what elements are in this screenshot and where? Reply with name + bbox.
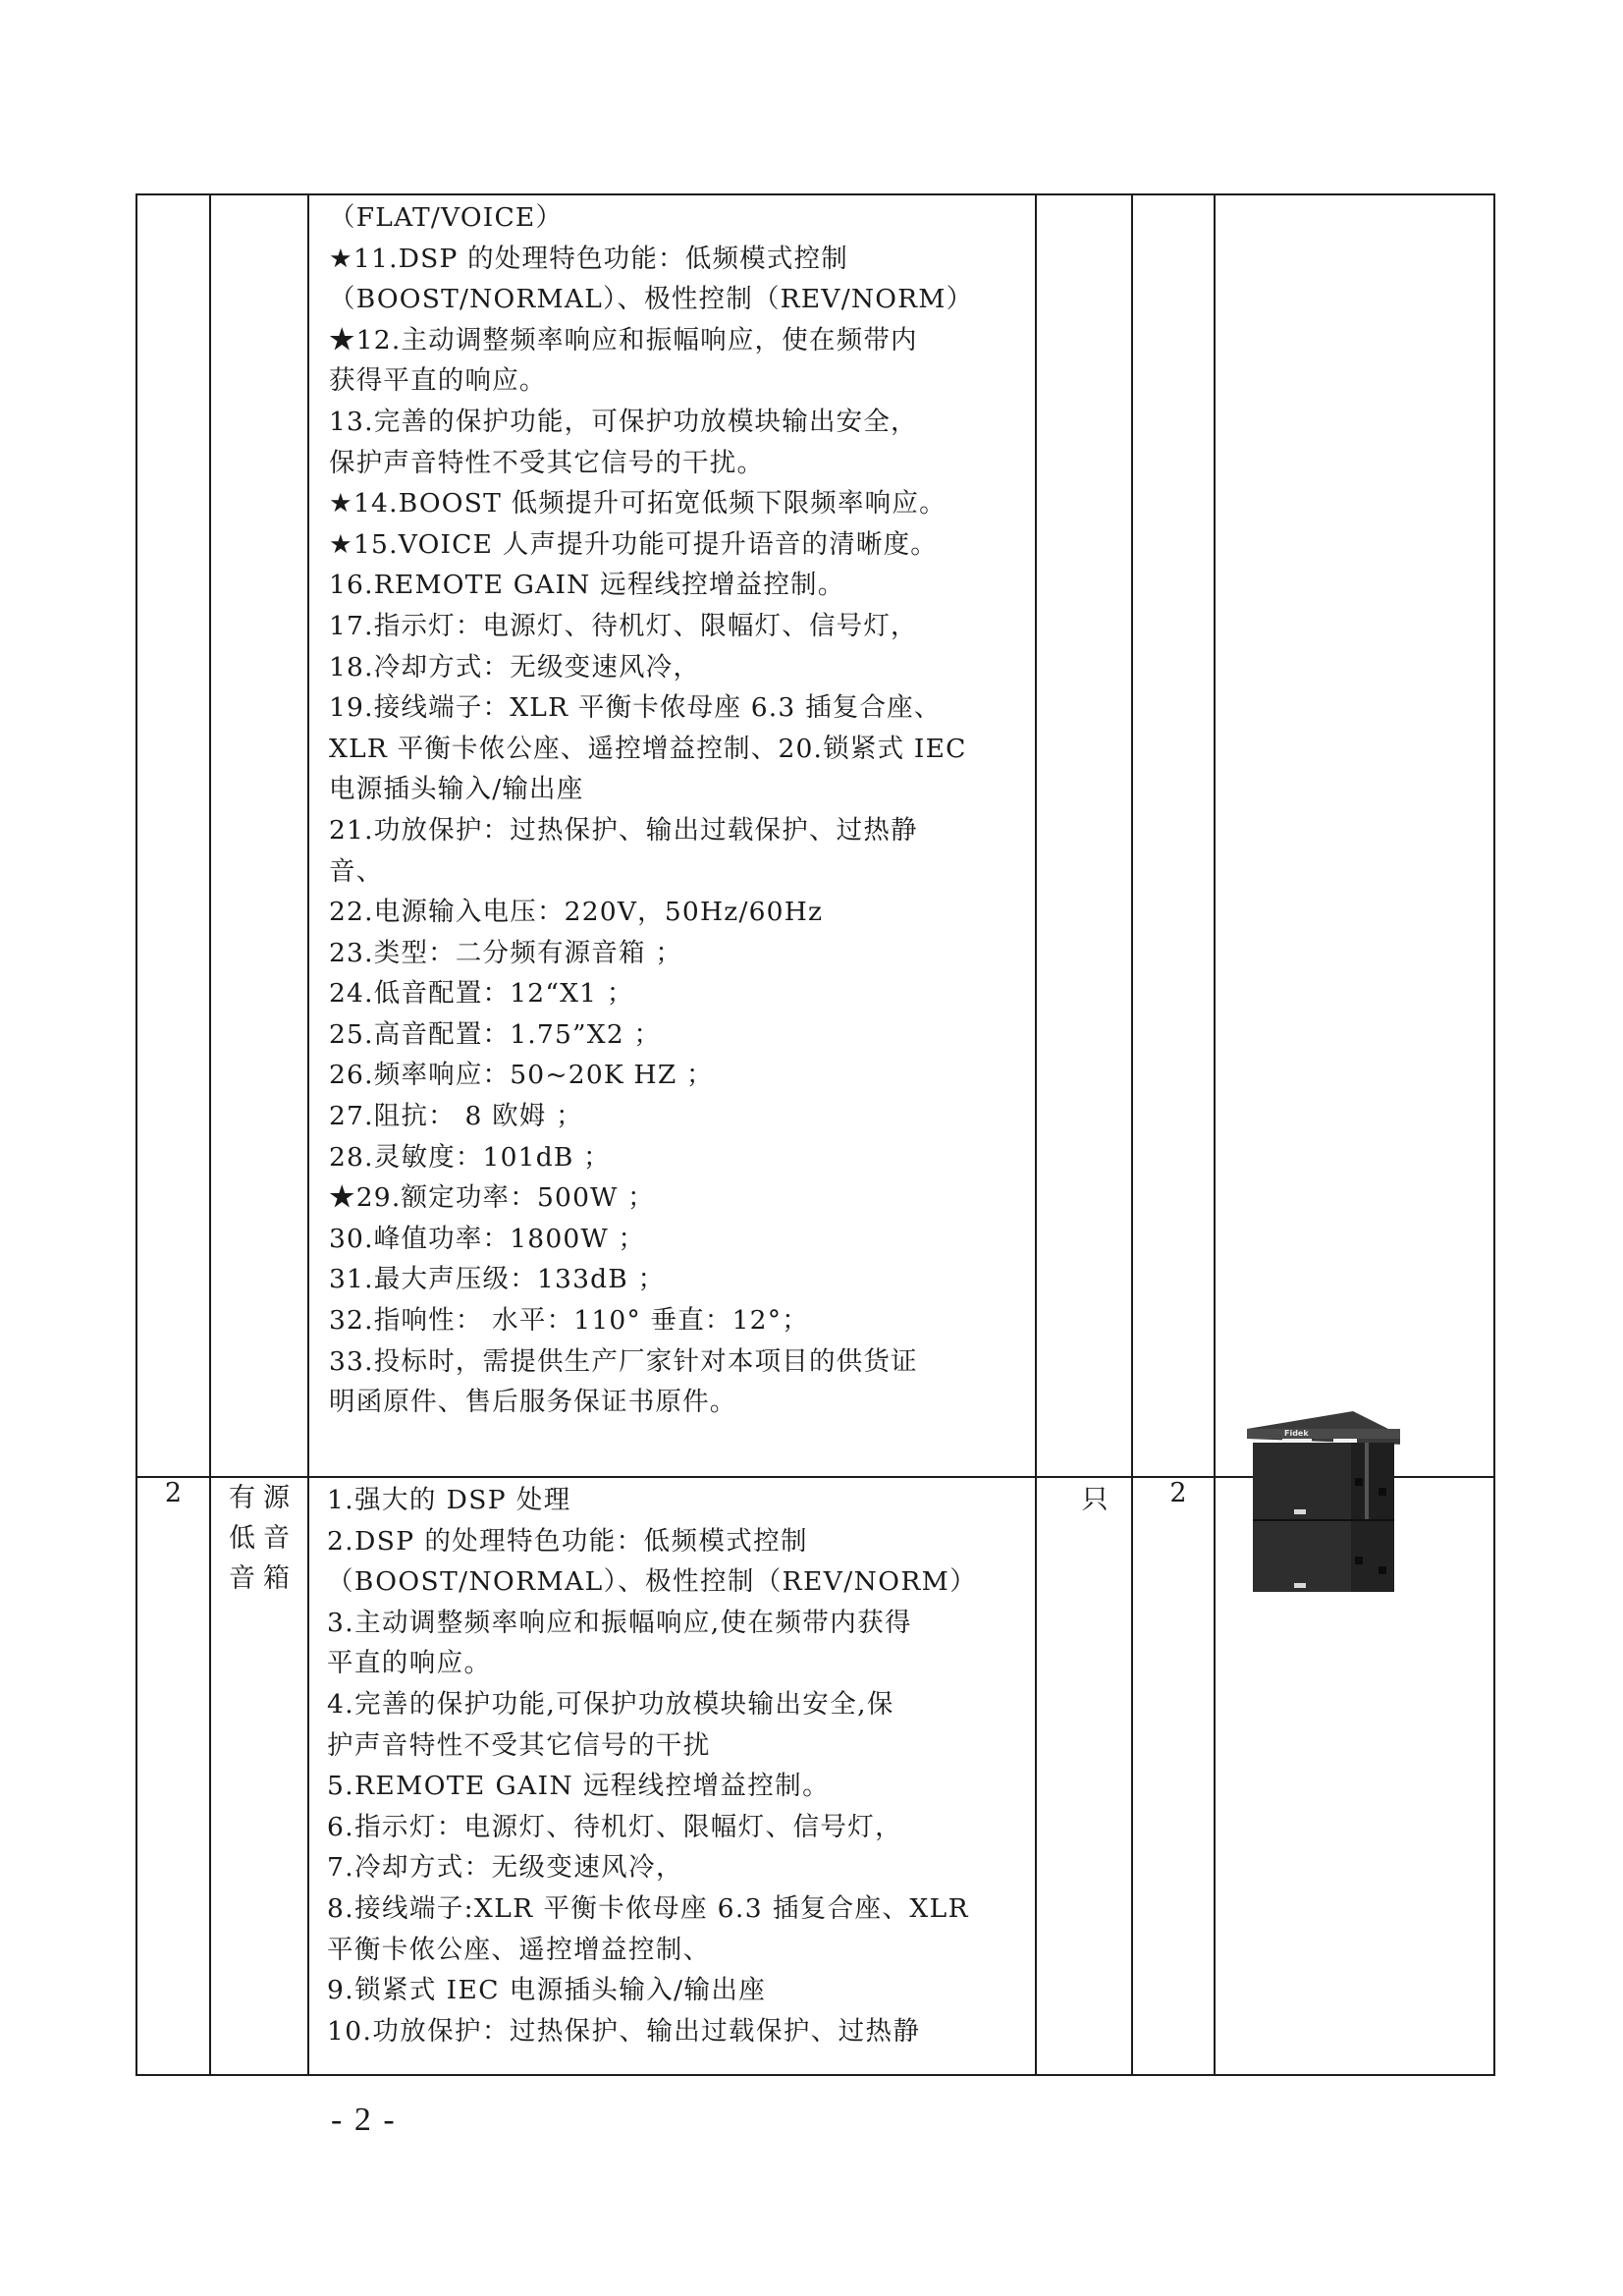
spec-line: 30.峰值功率：1800W ； bbox=[329, 1219, 1029, 1260]
image-cell bbox=[1215, 194, 1494, 1477]
spec-line: 平直的响应。 bbox=[327, 1643, 1029, 1684]
spec-line: ★15.VOICE 人声提升功能可提升语音的清晰度。 bbox=[329, 524, 1029, 566]
spec-line: 31.最大声压级：133dB ； bbox=[329, 1259, 1029, 1300]
spec-line: 13.完善的保护功能，可保护功放模块输出安全， bbox=[329, 402, 1029, 443]
unit-cell bbox=[1036, 194, 1132, 1477]
spec-line: 明函原件、售后服务保证书原件。 bbox=[329, 1382, 1029, 1423]
spec-line: 17.指示灯：电源灯、待机灯、限幅灯、信号灯， bbox=[329, 606, 1029, 647]
brand-label: Fidek bbox=[1284, 1429, 1309, 1438]
item-number-cell bbox=[136, 194, 210, 1477]
item-name-cell: 有源低音音箱 bbox=[210, 1477, 308, 2075]
spec-line: 16.REMOTE GAIN 远程线控增益控制。 bbox=[329, 565, 1029, 606]
spec-line: ★14.BOOST 低频提升可拓宽低频下限频率响应。 bbox=[329, 483, 1029, 524]
spec-cell: （FLAT/VOICE） ★11.DSP 的处理特色功能：低频模式控制 （BOO… bbox=[308, 194, 1036, 1477]
spec-cell: 1.强大的 DSP 处理 2.DSP 的处理特色功能：低频模式控制 （BOOST… bbox=[308, 1477, 1036, 2075]
spec-line: ★12.主动调整频率响应和振幅响应，使在频带内 bbox=[329, 320, 1029, 361]
spec-line: 25.高音配置：1.75”X2 ； bbox=[329, 1014, 1029, 1056]
item-name-cell bbox=[210, 194, 308, 1477]
item-number-cell: 2 bbox=[136, 1477, 210, 2075]
spec-line: 22.电源输入电压：220V，50Hz/60Hz bbox=[329, 892, 1029, 933]
spec-line: 护声音特性不受其它信号的干扰 bbox=[327, 1725, 1029, 1767]
spec-line: 1.强大的 DSP 处理 bbox=[327, 1480, 1029, 1521]
spec-line: 21.功放保护：过热保护、输出过载保护、过热静 bbox=[329, 810, 1029, 851]
spec-line: 32.指响性： 水平：110° 垂直：12°； bbox=[329, 1300, 1029, 1341]
quantity-cell bbox=[1132, 194, 1215, 1477]
spec-line: ★29.额定功率：500W ； bbox=[329, 1177, 1029, 1219]
spec-line: 19.接线端子：XLR 平衡卡侬母座 6.3 插复合座、 bbox=[329, 687, 1029, 729]
speaker-product-icon: Fidek bbox=[1245, 1409, 1400, 1592]
spec-line: 23.类型：二分频有源音箱 ； bbox=[329, 933, 1029, 974]
unit-cell: 只 bbox=[1036, 1477, 1132, 2075]
spec-line: 6.指示灯：电源灯、待机灯、限幅灯、信号灯， bbox=[327, 1807, 1029, 1848]
spec-line: 获得平直的响应。 bbox=[329, 360, 1029, 402]
document-page: （FLAT/VOICE） ★11.DSP 的处理特色功能：低频模式控制 （BOO… bbox=[0, 0, 1623, 2296]
spec-line: 24.低音配置：12“X1 ； bbox=[329, 973, 1029, 1014]
spec-line: 27.阻抗： 8 欧姆 ； bbox=[329, 1096, 1029, 1137]
table-row: （FLAT/VOICE） ★11.DSP 的处理特色功能：低频模式控制 （BOO… bbox=[136, 194, 1494, 1477]
spec-line: （BOOST/NORMAL）、极性控制（REV/NORM） bbox=[327, 1561, 1029, 1603]
item-name: 有源低音音箱 bbox=[218, 1478, 300, 1599]
spec-line: 3.主动调整频率响应和振幅响应,使在频带内获得 bbox=[327, 1603, 1029, 1644]
spec-line: 26.频率响应：50~20K HZ ； bbox=[329, 1055, 1029, 1096]
spec-line: 28.灵敏度：101dB ； bbox=[329, 1137, 1029, 1178]
spec-line: 8.接线端子:XLR 平衡卡侬母座 6.3 插复合座、XLR bbox=[327, 1888, 1029, 1930]
spec-line: XLR 平衡卡侬公座、遥控增益控制、20.锁紧式 IEC bbox=[329, 729, 1029, 770]
table-row: 2 有源低音音箱 1.强大的 DSP 处理 2.DSP 的处理特色功能：低频模式… bbox=[136, 1477, 1494, 2075]
spec-line: 9.锁紧式 IEC 电源插头输入/输出座 bbox=[327, 1970, 1029, 2011]
spec-line: （FLAT/VOICE） bbox=[329, 197, 1029, 239]
spec-line: 平衡卡侬公座、遥控增益控制、 bbox=[327, 1930, 1029, 1971]
spec-text: 1.强大的 DSP 处理 2.DSP 的处理特色功能：低频模式控制 （BOOST… bbox=[309, 1478, 1035, 2051]
quantity-cell: 2 bbox=[1132, 1477, 1215, 2075]
equipment-spec-table: （FLAT/VOICE） ★11.DSP 的处理特色功能：低频模式控制 （BOO… bbox=[135, 193, 1495, 2076]
spec-line: （BOOST/NORMAL）、极性控制（REV/NORM） bbox=[329, 279, 1029, 320]
spec-text: （FLAT/VOICE） ★11.DSP 的处理特色功能：低频模式控制 （BOO… bbox=[309, 195, 1035, 1423]
image-cell: Fidek bbox=[1215, 1477, 1494, 2075]
spec-line: 音、 bbox=[329, 851, 1029, 893]
page-number: - 2 - bbox=[331, 2102, 397, 2139]
spec-line: ★11.DSP 的处理特色功能：低频模式控制 bbox=[329, 239, 1029, 280]
spec-line: 电源插头输入/输出座 bbox=[329, 769, 1029, 810]
spec-line: 33.投标时，需提供生产厂家针对本项目的供货证 bbox=[329, 1341, 1029, 1383]
spec-line: 4.完善的保护功能,可保护功放模块输出安全,保 bbox=[327, 1684, 1029, 1725]
spec-line: 2.DSP 的处理特色功能：低频模式控制 bbox=[327, 1521, 1029, 1562]
spec-line: 7.冷却方式：无级变速风冷， bbox=[327, 1847, 1029, 1888]
spec-line: 5.REMOTE GAIN 远程线控增益控制。 bbox=[327, 1766, 1029, 1807]
spec-line: 10.功放保护：过热保护、输出过载保护、过热静 bbox=[327, 2011, 1029, 2052]
spec-line: 保护声音特性不受其它信号的干扰。 bbox=[329, 443, 1029, 484]
spec-line: 18.冷却方式：无级变速风冷， bbox=[329, 647, 1029, 688]
